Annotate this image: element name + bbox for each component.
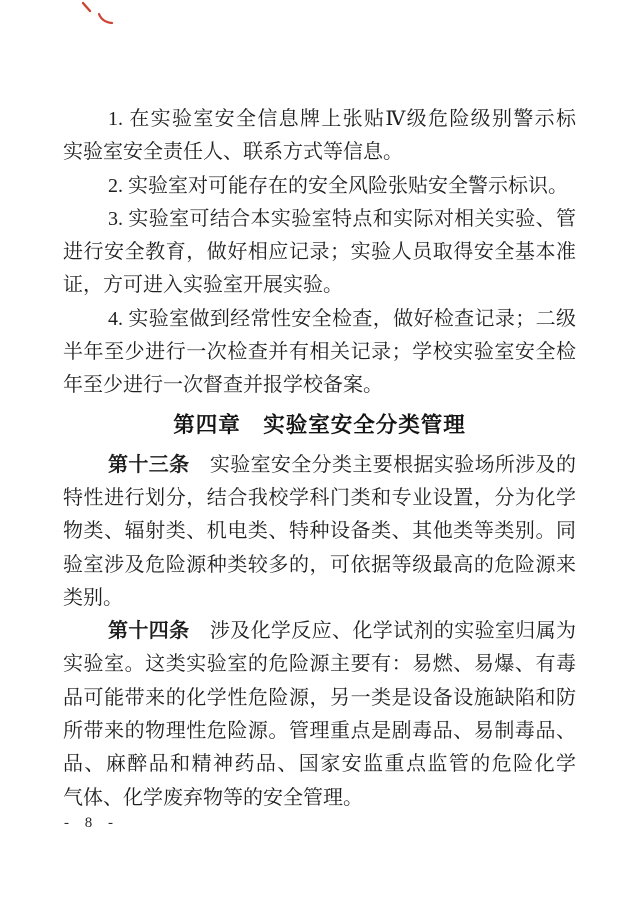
text-line: 证，方可进入实验室开展实验。 — [63, 269, 576, 302]
text-line: 实验室安全责任人、联系方式等信息。 — [63, 136, 576, 169]
article-lead: 第十三条 — [108, 454, 189, 476]
text-line: 特性进行划分，结合我校学科门类和专业设置，分为化学类、生 — [63, 482, 576, 515]
text-line: 验室涉及危险源种类较多的，可依据等级最高的危险源来判定其 — [63, 549, 576, 582]
text-line: 2. 实验室对可能存在的安全风险张贴安全警示标识。 — [63, 170, 576, 203]
text-line: 1. 在实验室安全信息牌上张贴Ⅳ级危险级别警示标志，注明 — [63, 103, 576, 136]
text-line: 所带来的物理性危险源。管理重点是剧毒品、易制毒品、易制爆 — [63, 715, 576, 748]
red-pen-stroke-icon — [99, 14, 112, 23]
text-line: 气体、化学废弃物等的安全管理。 — [63, 782, 576, 815]
text-line: 进行安全教育，做好相应记录；实验人员取得安全基本准入合格 — [63, 236, 576, 269]
text-line: 3. 实验室可结合本实验室特点和实际对相关实验、管理人员 — [63, 203, 576, 236]
text-line: 半年至少进行一次检查并有相关记录；学校实验室安全检查组每 — [63, 336, 576, 369]
red-pen-stroke-icon — [83, 3, 90, 11]
text-line: 品、麻醉品和精神药品、国家安监重点监管的危险化学品、实验 — [63, 748, 576, 781]
text-line: 类别。 — [63, 582, 576, 615]
chapter-heading: 第四章 实验室安全分类管理 — [63, 405, 576, 445]
text-line: 实验室。这类实验室的危险源主要有：易燃、易爆、有毒化学药 — [63, 648, 576, 681]
text-line: 年至少进行一次督查并报学校备案。 — [63, 369, 576, 402]
text-line: 第十四条 涉及化学反应、化学试剂的实验室归属为化学类 — [63, 615, 576, 648]
text-line: 4. 实验室做到经常性安全检查，做好检查记录；二级单位每 — [63, 303, 576, 336]
text-line: 物类、辐射类、机电类、特种设备类、其他类等类别。同一间实 — [63, 515, 576, 548]
red-pen-annotation-marks — [76, 1, 118, 29]
document-body: 1. 在实验室安全信息牌上张贴Ⅳ级危险级别警示标志，注明实验室安全责任人、联系方… — [63, 103, 576, 815]
page-number: - 8 - — [64, 813, 116, 833]
text-line: 第十三条 实验室安全分类主要根据实验场所涉及的危险源 — [63, 449, 576, 482]
text-line: 品可能带来的化学性危险源，另一类是设备设施缺陷和防护不足 — [63, 682, 576, 715]
article-lead: 第十四条 — [108, 620, 189, 642]
document-page: 1. 在实验室安全信息牌上张贴Ⅳ级危险级别警示标志，注明实验室安全责任人、联系方… — [0, 0, 638, 902]
